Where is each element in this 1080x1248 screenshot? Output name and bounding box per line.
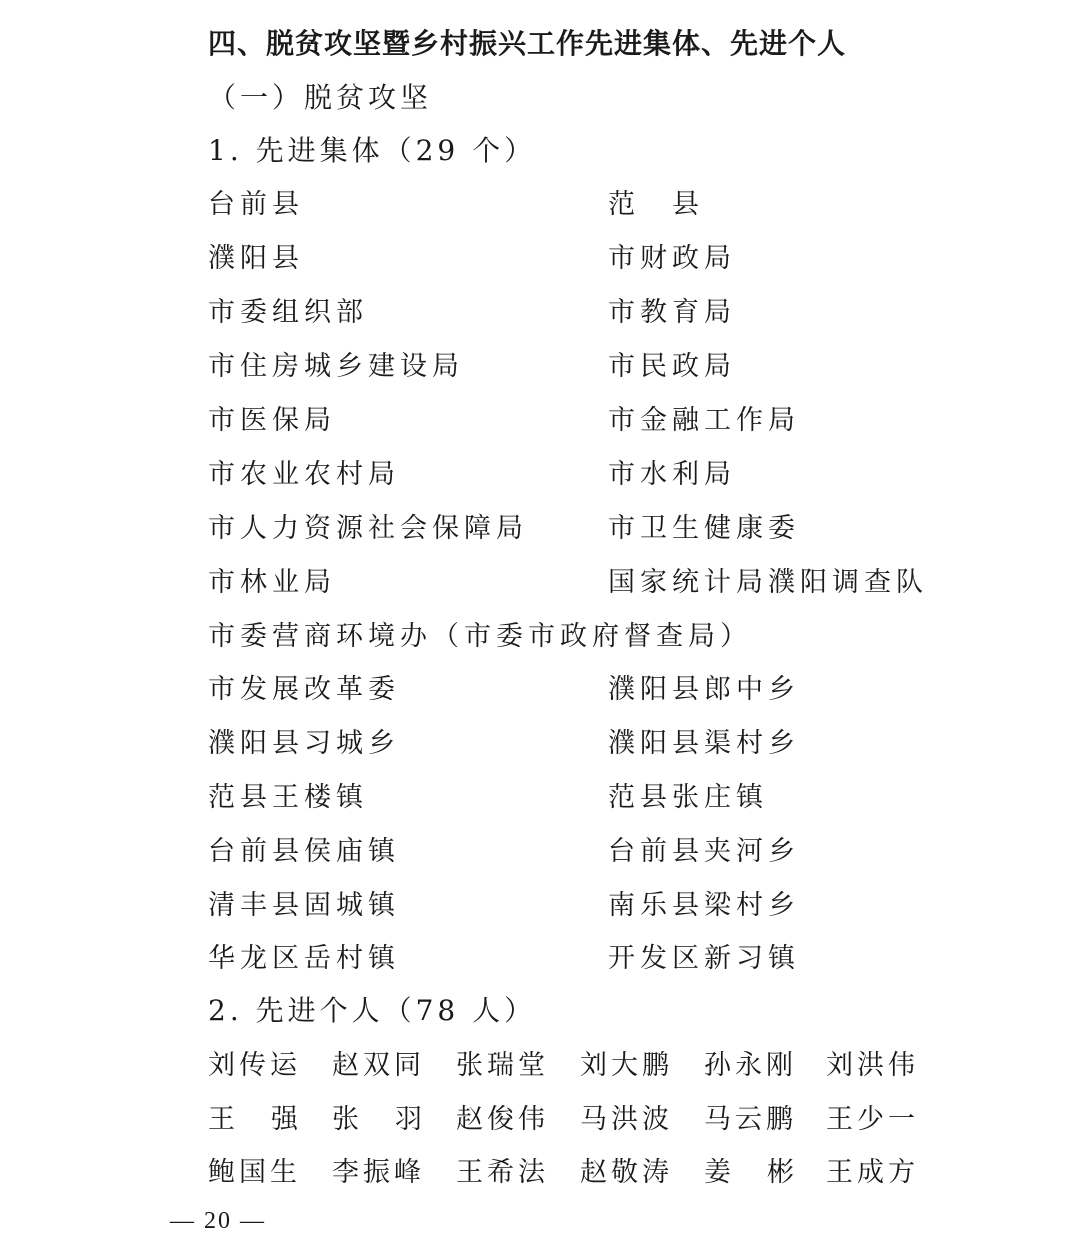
list-row: 范县王楼镇 范县张庄镇	[208, 780, 928, 816]
list-item: 市民政局	[608, 349, 736, 385]
person-name: 李振峰	[332, 1155, 432, 1191]
list-row: 市医保局 市金融工作局	[208, 403, 928, 439]
list-item: 市卫生健康委	[608, 511, 800, 547]
person-name: 张瑞堂	[456, 1048, 556, 1084]
list-item: 濮阳县	[208, 241, 304, 277]
list-row: 市农业农村局 市水利局	[208, 457, 928, 493]
person-name: 孙永刚	[704, 1048, 804, 1084]
list-item: 市发展改革委	[208, 672, 400, 708]
list-item: 市财政局	[608, 241, 736, 277]
list-item: 范县张庄镇	[608, 780, 768, 816]
list-item: 台前县夹河乡	[608, 834, 800, 870]
list-item: 市水利局	[608, 457, 736, 493]
list-item: 清丰县固城镇	[208, 888, 400, 924]
list-row: 市委组织部 市教育局	[208, 295, 928, 331]
list-item: 濮阳县习城乡	[208, 726, 400, 762]
list-item: 市农业农村局	[208, 457, 400, 493]
list-item: 华龙区岳村镇	[208, 941, 400, 977]
person-name: 刘大鹏	[580, 1048, 680, 1084]
list-item: 市委组织部	[208, 295, 368, 331]
list-row: 台前县 范 县	[208, 187, 928, 223]
person-name: 王强	[208, 1102, 308, 1138]
person-name: 刘传运	[208, 1048, 308, 1084]
list-item: 市住房城乡建设局	[208, 349, 464, 385]
list-row: 市人力资源社会保障局 市卫生健康委	[208, 511, 928, 547]
list-item: 市人力资源社会保障局	[208, 511, 528, 547]
person-name: 赵俊伟	[456, 1102, 556, 1138]
person-name: 马云鹏	[704, 1102, 804, 1138]
list-row: 清丰县固城镇 南乐县梁村乡	[208, 888, 928, 924]
list-item: 濮阳县渠村乡	[608, 726, 800, 762]
person-name: 鲍国生	[208, 1155, 308, 1191]
person-name: 赵双同	[332, 1048, 432, 1084]
person-name: 王成方	[826, 1155, 926, 1191]
list-row: 市发展改革委 濮阳县郎中乡	[208, 672, 928, 708]
person-name: 姜彬	[704, 1155, 804, 1191]
list-row: 台前县侯庙镇 台前县夹河乡	[208, 834, 928, 870]
names-row: 鲍国生 李振峰 王希法 赵敬涛 姜彬 王成方	[208, 1155, 928, 1191]
names-row: 刘传运 赵双同 张瑞堂 刘大鹏 孙永刚 刘洪伟	[208, 1048, 928, 1084]
list-item: 台前县侯庙镇	[208, 834, 400, 870]
list-item: 濮阳县郎中乡	[608, 672, 800, 708]
list-item: 市教育局	[608, 295, 736, 331]
person-name: 王希法	[456, 1155, 556, 1191]
list-item: 范县王楼镇	[208, 780, 368, 816]
subsection-title: （一）脱贫攻坚	[208, 80, 432, 116]
person-name: 刘洪伟	[826, 1048, 926, 1084]
person-name: 张羽	[332, 1102, 432, 1138]
list-item: 开发区新习镇	[608, 941, 800, 977]
names-row: 王强 张羽 赵俊伟 马洪波 马云鹏 王少一	[208, 1102, 928, 1138]
list-row: 华龙区岳村镇 开发区新习镇	[208, 941, 928, 977]
list-item: 台前县	[208, 187, 304, 223]
section-title: 四、脱贫攻坚暨乡村振兴工作先进集体、先进个人	[208, 26, 846, 62]
list-item: 市医保局	[208, 403, 336, 439]
list-item: 南乐县梁村乡	[608, 888, 800, 924]
page-number: — 20 —	[170, 1206, 266, 1236]
list-row: 濮阳县 市财政局	[208, 241, 928, 277]
person-name: 马洪波	[580, 1102, 680, 1138]
list-row: 市住房城乡建设局 市民政局	[208, 349, 928, 385]
list-item: 市金融工作局	[608, 403, 800, 439]
document-page: 四、脱贫攻坚暨乡村振兴工作先进集体、先进个人 （一）脱贫攻坚 1. 先进集体（2…	[0, 0, 1080, 1248]
list-item: 范 县	[608, 187, 704, 223]
category-heading-collectives: 1. 先进集体（29 个）	[208, 133, 536, 169]
list-item: 市林业局	[208, 565, 336, 601]
person-name: 赵敬涛	[580, 1155, 680, 1191]
list-item: 国家统计局濮阳调查队	[608, 565, 928, 601]
list-row: 市委营商环境办（市委市政府督查局）	[208, 619, 928, 655]
category-heading-individuals: 2. 先进个人（78 人）	[208, 993, 536, 1029]
list-item: 市委营商环境办（市委市政府督查局）	[208, 619, 928, 655]
list-row: 濮阳县习城乡 濮阳县渠村乡	[208, 726, 928, 762]
list-row: 市林业局 国家统计局濮阳调查队	[208, 565, 928, 601]
person-name: 王少一	[826, 1102, 926, 1138]
